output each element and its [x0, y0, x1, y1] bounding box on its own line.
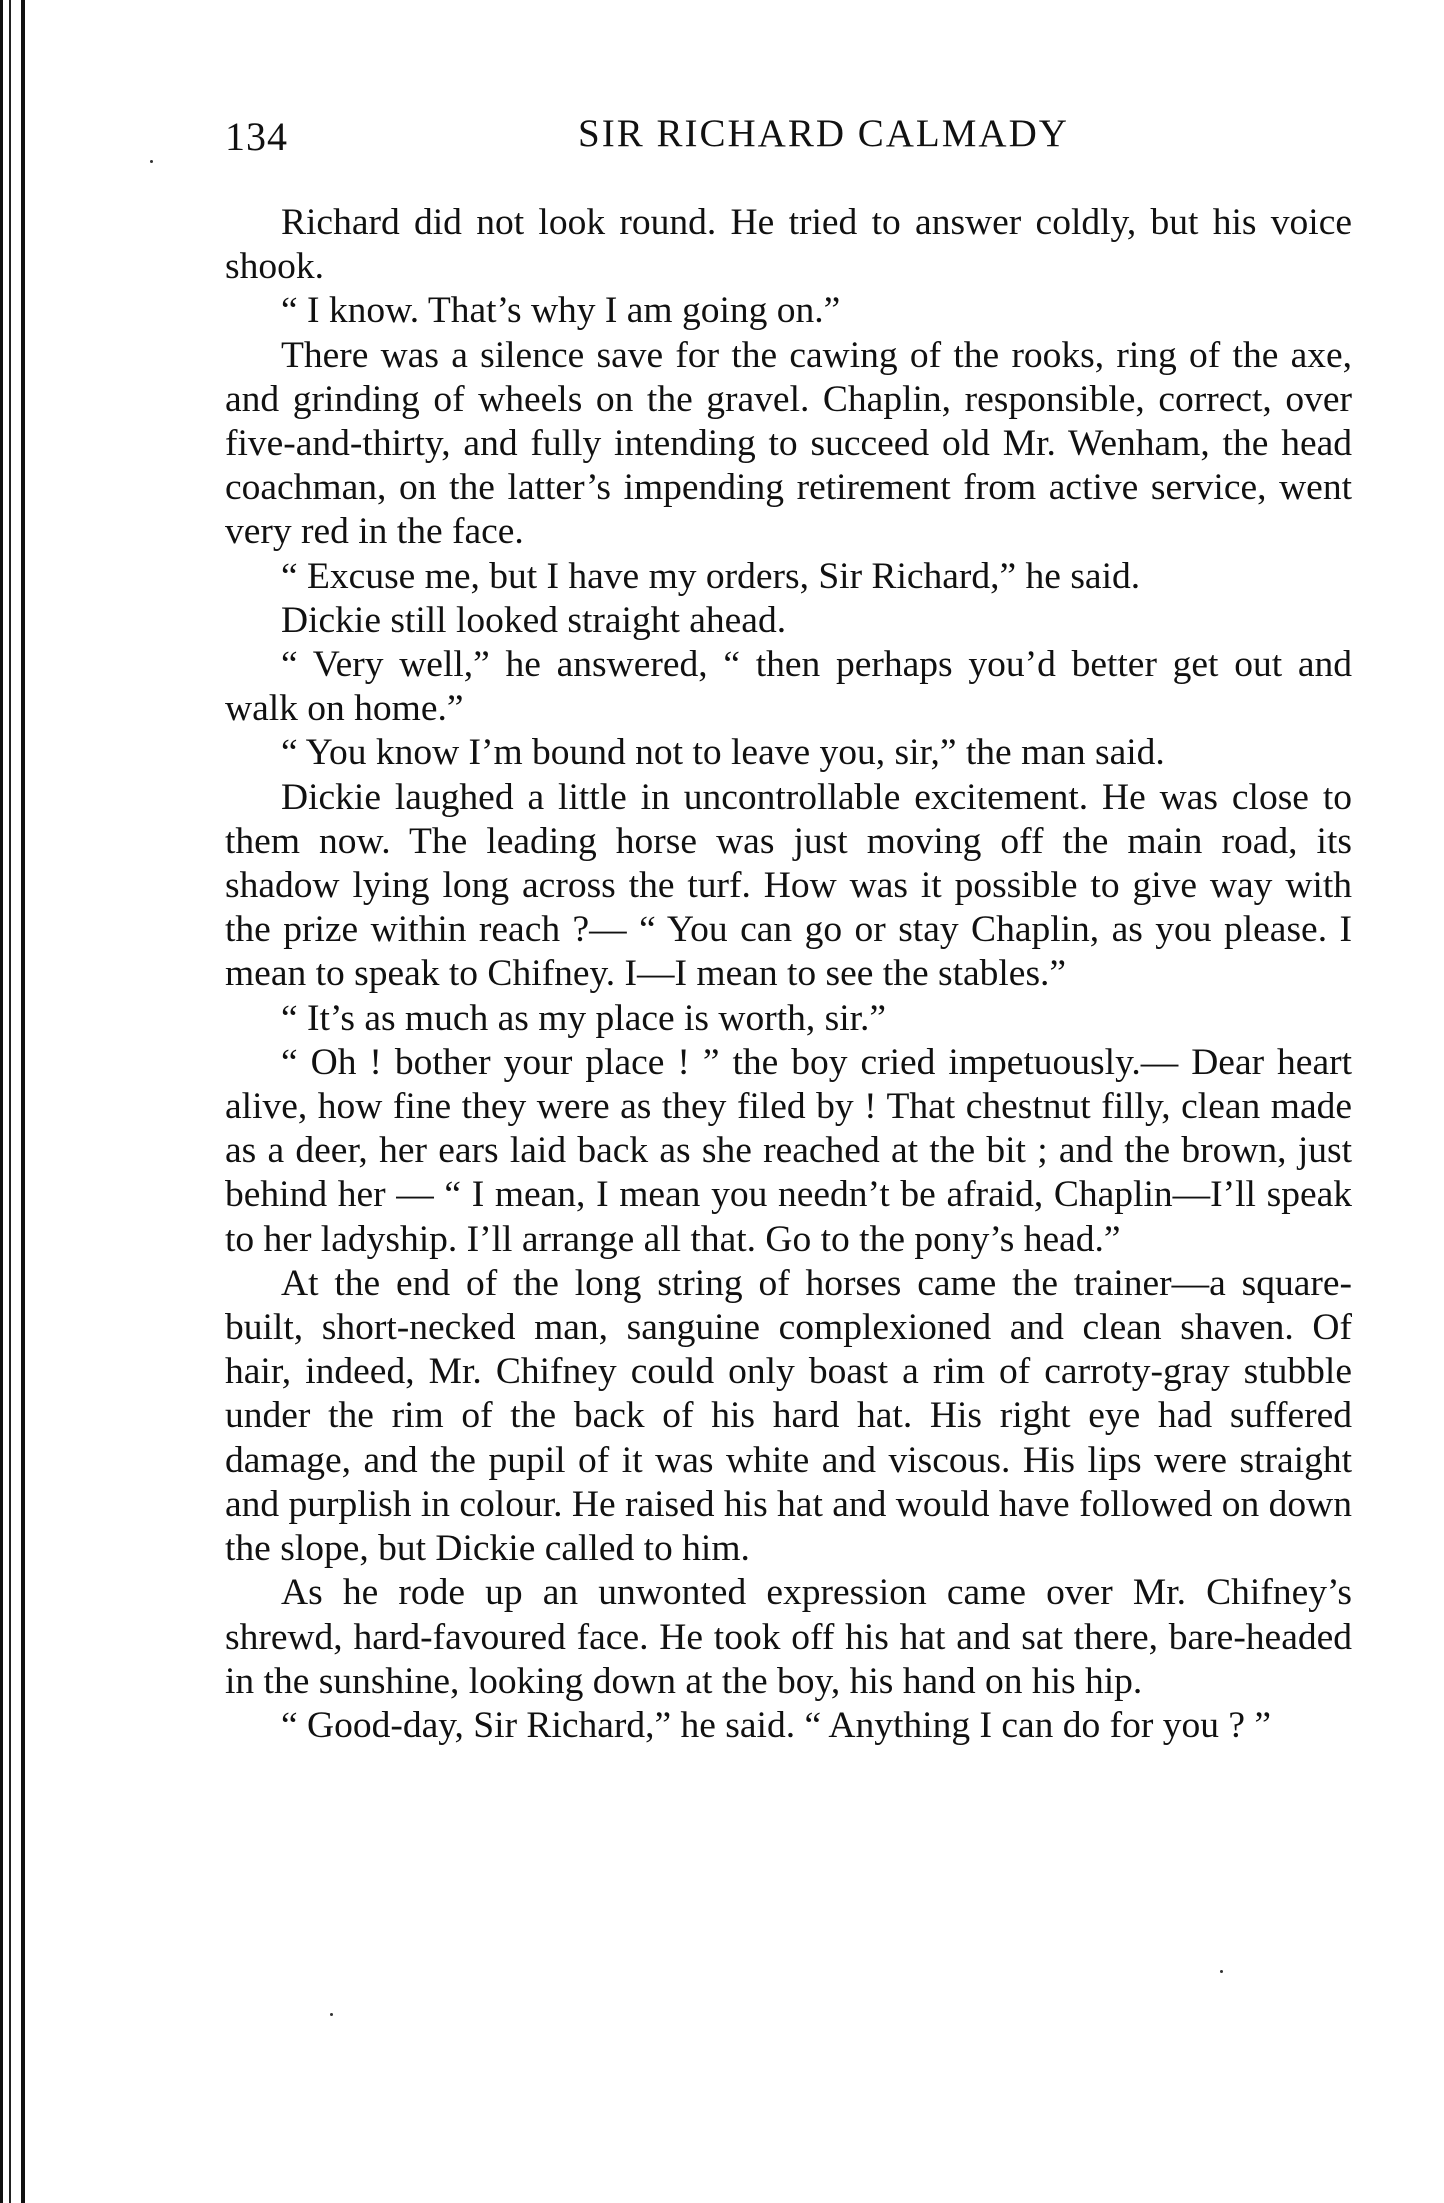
- paragraph: Richard did not look round. He tried to …: [225, 201, 1352, 289]
- paragraph: “ Oh ! bother your place ! ” the boy cri…: [225, 1041, 1352, 1262]
- paragraph: “ Very well,” he answered, “ then perhap…: [225, 643, 1352, 731]
- paragraph: There was a silence save for the cawing …: [225, 334, 1352, 555]
- paragraph: “ It’s as much as my place is worth, sir…: [225, 997, 1352, 1041]
- print-speck: [330, 2013, 333, 2016]
- book-page: 134 SIR RICHARD CALMADY Richard did not …: [225, 105, 1352, 1748]
- paragraph: “ I know. That’s why I am going on.”: [225, 289, 1352, 333]
- paragraph: As he rode up an unwonted expression cam…: [225, 1571, 1352, 1704]
- print-speck: [150, 160, 153, 163]
- paragraph: At the end of the long string of horses …: [225, 1262, 1352, 1571]
- page-header: 134 SIR RICHARD CALMADY: [225, 105, 1352, 185]
- paragraph: “ Good-day, Sir Richard,” he said. “ Any…: [225, 1704, 1352, 1748]
- body-text: Richard did not look round. He tried to …: [225, 201, 1352, 1748]
- paragraph: Dickie still looked straight ahead.: [225, 599, 1352, 643]
- paragraph: “ Excuse me, but I have my orders, Sir R…: [225, 555, 1352, 599]
- paragraph: Dickie laughed a little in uncontrollabl…: [225, 776, 1352, 997]
- running-title: SIR RICHARD CALMADY: [225, 111, 1352, 156]
- book-binding-edge: [0, 0, 33, 2203]
- paragraph: “ You know I’m bound not to leave you, s…: [225, 731, 1352, 775]
- print-speck: [1220, 1970, 1223, 1973]
